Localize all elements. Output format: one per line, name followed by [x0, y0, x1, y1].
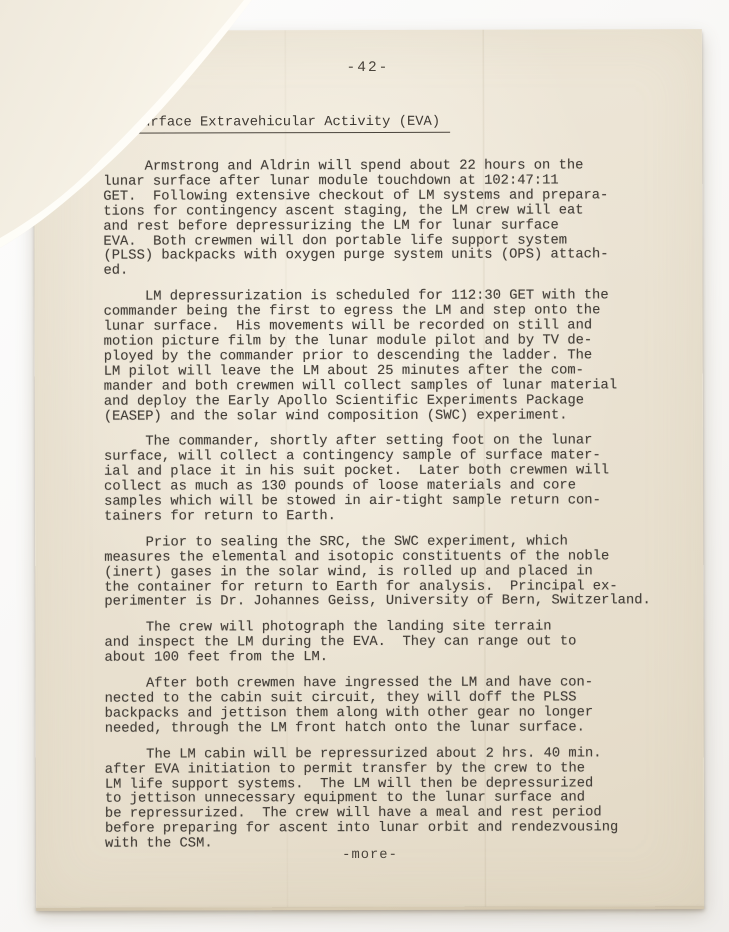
body-paragraph: The commander, shortly after setting foo… — [104, 435, 689, 526]
body-paragraph: The crew will photograph the landing sit… — [104, 621, 689, 667]
ghost-line: TO INDICATOR — [0, 0, 115, 4]
body-paragraph: Armstrong and Aldrin will spend about 22… — [103, 159, 688, 280]
photo-background: -42- Lunar Surface Extravehicular Activi… — [0, 0, 729, 932]
ghost-showthrough-text: TO INDICATOR LUNAR SURFACE — [0, 0, 115, 4]
document-page: -42- Lunar Surface Extravehicular Activi… — [34, 29, 704, 908]
body-paragraph: After both crewmen have ingressed the LM… — [105, 676, 690, 737]
more-marker: -more- — [36, 847, 704, 864]
body-paragraph: Prior to sealing the SRC, the SWC experi… — [104, 535, 689, 611]
document-body: Armstrong and Aldrin will spend about 22… — [103, 159, 690, 864]
page-stack-edge — [36, 906, 704, 911]
body-paragraph: The LM cabin will be repressurized about… — [105, 747, 690, 853]
body-paragraph: LM depressurization is scheduled for 112… — [104, 289, 689, 425]
